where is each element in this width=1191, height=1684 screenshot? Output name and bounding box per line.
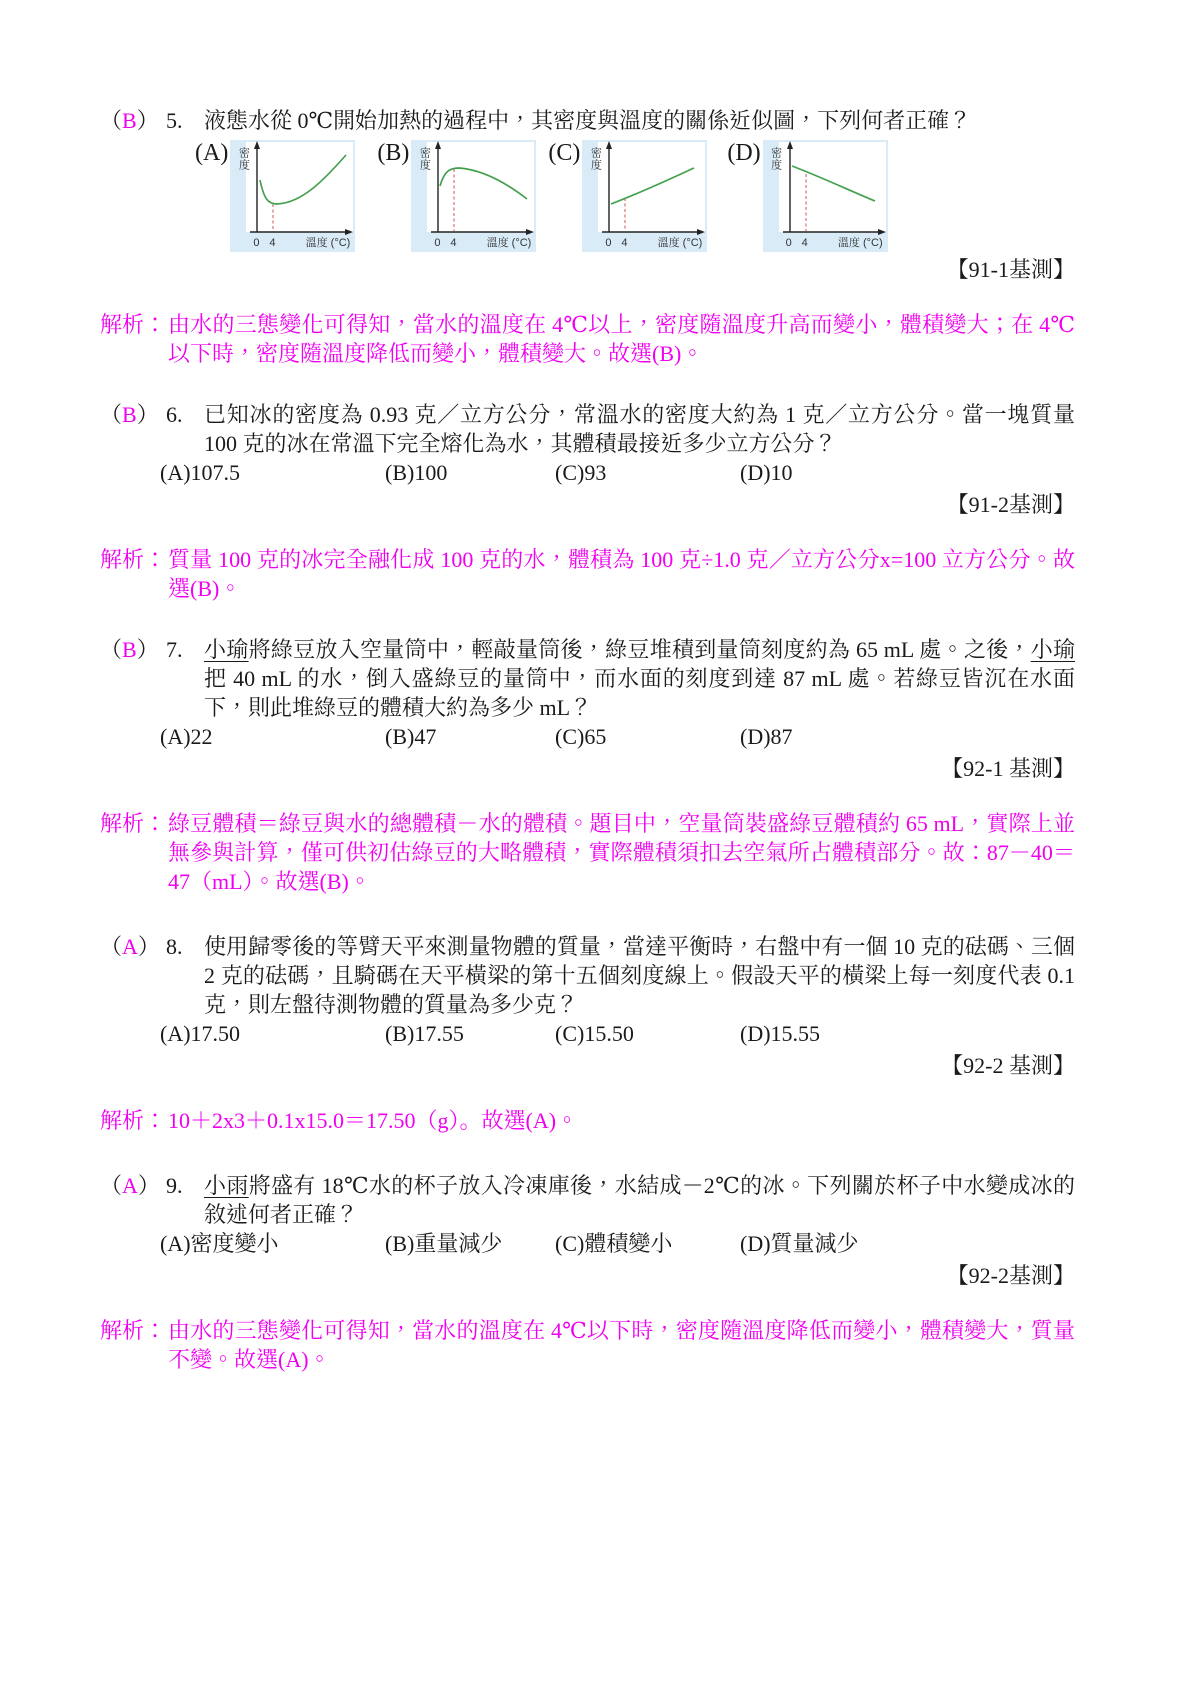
graph-option-letter: (C) [548, 140, 580, 166]
option-d: (D)15.55 [740, 1019, 1075, 1048]
graph-option-letter: (D) [727, 140, 760, 166]
student-name-underlined: 小瑜 [1031, 637, 1075, 662]
option-b: (B)47 [385, 722, 555, 751]
question-number: 7. [166, 635, 204, 664]
x-tick-4: 4 [802, 237, 808, 249]
analysis-label: 解析： [100, 310, 168, 368]
exam-source-tag: 【91-1基測】 [100, 255, 1075, 284]
question-number: 6. [166, 400, 204, 429]
question-number: 5. [166, 106, 204, 135]
option-d: (D)質量減少 [740, 1229, 1075, 1258]
exam-source-tag: 【92-2基測】 [100, 1261, 1075, 1290]
graph-panel: 密度 0 4 溫度 (°C) [411, 140, 536, 252]
graph-option-d: (D) 密度 0 4 溫度 (°C) [727, 140, 887, 252]
analysis-q5: 解析： 由水的三態變化可得知，當水的溫度在 4℃以上，密度隨溫度升高而變小，體積… [100, 310, 1075, 368]
paren-close: ） [137, 402, 159, 427]
analysis-q9: 解析： 由水的三態變化可得知，當水的溫度在 4℃以下時，密度隨溫度降低而變小，體… [100, 1316, 1075, 1374]
option-a: (A)密度變小 [160, 1229, 385, 1258]
question-6-stem: （B） 6. 已知冰的密度為 0.93 克／立方公分，常溫水的密度大約為 1 克… [100, 400, 1075, 458]
paren-close: ） [137, 108, 159, 133]
x-tick-4: 4 [621, 237, 627, 249]
y-axis-label: 密度 [589, 147, 601, 171]
question-text-part: 將盛有 18℃水的杯子放入冷凍庫後，水結成－2℃的冰。下列關於杯子中水變成冰的敘… [204, 1173, 1075, 1227]
x-tick-0: 0 [786, 237, 792, 249]
question-6: （B） 6. 已知冰的密度為 0.93 克／立方公分，常溫水的密度大約為 1 克… [100, 400, 1075, 519]
analysis-text: 10＋2x3＋0.1x15.0＝17.50（g）。故選(A)。 [168, 1106, 1075, 1135]
option-c: (C)15.50 [555, 1019, 740, 1048]
answer-letter: A [122, 1173, 138, 1198]
question-8: （A） 8. 使用歸零後的等臂天平來測量物體的質量，當達平衡時，右盤中有一個 1… [100, 932, 1075, 1080]
y-axis-label: 密度 [418, 147, 430, 171]
graph-option-c: (C) 密度 0 4 溫度 (°C) [548, 140, 707, 252]
options-row: (A)17.50 (B)17.55 (C)15.50 (D)15.55 [160, 1019, 1075, 1048]
analysis-label: 解析： [100, 809, 168, 896]
question-number: 9. [166, 1171, 204, 1200]
question-7-stem: （B） 7. 小瑜將綠豆放入空量筒中，輕敲量筒後，綠豆堆積到量筒刻度約為 65 … [100, 635, 1075, 722]
answer-letter: A [122, 934, 138, 959]
x-axis-label: 溫度 (°C) [658, 237, 703, 249]
question-8-stem: （A） 8. 使用歸零後的等臂天平來測量物體的質量，當達平衡時，右盤中有一個 1… [100, 932, 1075, 1019]
exam-page: （B） 5. 液態水從 0℃開始加熱的過程中，其密度與溫度的關係近似圖，下列何者… [0, 0, 1191, 1374]
question-text: 液態水從 0℃開始加熱的過程中，其密度與溫度的關係近似圖，下列何者正確？ [204, 106, 1075, 135]
x-tick-0: 0 [605, 237, 611, 249]
plot-area [427, 142, 534, 232]
x-tick-4: 4 [450, 237, 456, 249]
paren-open: （ [100, 108, 122, 133]
option-b: (B)重量減少 [385, 1229, 555, 1258]
option-c: (C)93 [555, 458, 740, 487]
exam-source-tag: 【92-2 基測】 [100, 1051, 1075, 1080]
option-d: (D)10 [740, 458, 1075, 487]
answer-letter: B [122, 402, 137, 427]
answer-mark: （B） [100, 106, 166, 135]
analysis-text: 由水的三態變化可得知，當水的溫度在 4℃以上，密度隨溫度升高而變小，體積變大；在… [168, 310, 1075, 368]
question-9: （A） 9. 小雨將盛有 18℃水的杯子放入冷凍庫後，水結成－2℃的冰。下列關於… [100, 1171, 1075, 1290]
question-text: 已知冰的密度為 0.93 克／立方公分，常溫水的密度大約為 1 克／立方公分。當… [204, 400, 1075, 458]
answer-letter: B [122, 108, 137, 133]
graph-panel: 密度 0 4 溫度 (°C) [763, 140, 888, 252]
paren-open: （ [100, 934, 122, 959]
analysis-text: 質量 100 克的冰完全融化成 100 克的水，體積為 100 克÷1.0 克／… [168, 545, 1075, 603]
y-axis-label: 密度 [237, 147, 249, 171]
option-c: (C)體積變小 [555, 1229, 740, 1258]
option-b: (B)100 [385, 458, 555, 487]
option-a: (A)22 [160, 722, 385, 751]
x-axis-label: 溫度 (°C) [487, 237, 532, 249]
analysis-q6: 解析： 質量 100 克的冰完全融化成 100 克的水，體積為 100 克÷1.… [100, 545, 1075, 603]
question-text: 使用歸零後的等臂天平來測量物體的質量，當達平衡時，右盤中有一個 10 克的砝碼、… [204, 932, 1075, 1019]
options-row: (A)密度變小 (B)重量減少 (C)體積變小 (D)質量減少 [160, 1229, 1075, 1258]
answer-mark: （A） [100, 1171, 166, 1200]
analysis-label: 解析： [100, 1106, 168, 1135]
paren-close: ） [137, 637, 159, 662]
graph-option-a: (A) 密度 0 4 溫度 (°C) [195, 140, 355, 252]
x-tick-0: 0 [434, 237, 440, 249]
option-a: (A)17.50 [160, 1019, 385, 1048]
graph-option-letter: (A) [195, 140, 228, 166]
options-row: (A)107.5 (B)100 (C)93 (D)10 [160, 458, 1075, 487]
exam-source-tag: 【91-2基測】 [100, 490, 1075, 519]
question-5-stem: （B） 5. 液態水從 0℃開始加熱的過程中，其密度與溫度的關係近似圖，下列何者… [100, 106, 1075, 135]
graph-panel: 密度 0 4 溫度 (°C) [582, 140, 707, 252]
answer-mark: （A） [100, 932, 166, 961]
question-5: （B） 5. 液態水從 0℃開始加熱的過程中，其密度與溫度的關係近似圖，下列何者… [100, 106, 1075, 284]
question-9-stem: （A） 9. 小雨將盛有 18℃水的杯子放入冷凍庫後，水結成－2℃的冰。下列關於… [100, 1171, 1075, 1229]
y-axis-label: 密度 [770, 147, 782, 171]
analysis-text: 由水的三態變化可得知，當水的溫度在 4℃以下時，密度隨溫度降低而變小，體積變大，… [168, 1316, 1075, 1374]
question-number: 8. [166, 932, 204, 961]
analysis-label: 解析： [100, 1316, 168, 1374]
option-d: (D)87 [740, 722, 1075, 751]
analysis-q8: 解析： 10＋2x3＋0.1x15.0＝17.50（g）。故選(A)。 [100, 1106, 1075, 1135]
question-text: 小瑜將綠豆放入空量筒中，輕敲量筒後，綠豆堆積到量筒刻度約為 65 mL 處。之後… [204, 635, 1075, 722]
answer-mark: （B） [100, 400, 166, 429]
paren-open: （ [100, 1173, 122, 1198]
question-text: 小雨將盛有 18℃水的杯子放入冷凍庫後，水結成－2℃的冰。下列關於杯子中水變成冰… [204, 1171, 1075, 1229]
answer-mark: （B） [100, 635, 166, 664]
paren-close: ） [138, 1173, 160, 1198]
student-name-underlined: 小雨 [204, 1173, 249, 1198]
question-text-part: 把 40 mL 的水，倒入盛綠豆的量筒中，而水面的刻度到達 87 mL 處。若綠… [204, 666, 1075, 720]
option-b: (B)17.55 [385, 1019, 555, 1048]
x-axis-label: 溫度 (°C) [306, 237, 351, 249]
paren-close: ） [138, 934, 160, 959]
graph-option-b: (B) 密度 0 4 溫度 (°C) [377, 140, 536, 252]
analysis-label: 解析： [100, 545, 168, 603]
option-a: (A)107.5 [160, 458, 385, 487]
student-name-underlined: 小瑜 [204, 637, 249, 662]
exam-source-tag: 【92-1 基測】 [100, 754, 1075, 783]
plot-area [779, 142, 886, 232]
x-tick-4: 4 [269, 237, 275, 249]
analysis-text: 綠豆體積＝綠豆與水的總體積－水的體積。題目中，空量筒裝盛綠豆體積約 65 mL，… [168, 809, 1075, 896]
x-tick-0: 0 [253, 237, 259, 249]
options-row: (A)22 (B)47 (C)65 (D)87 [160, 722, 1075, 751]
paren-open: （ [100, 637, 122, 662]
density-temperature-graph-options: (A) 密度 0 4 溫度 (°C) [195, 140, 1075, 252]
analysis-q7: 解析： 綠豆體積＝綠豆與水的總體積－水的體積。題目中，空量筒裝盛綠豆體積約 65… [100, 809, 1075, 896]
x-axis-label: 溫度 (°C) [838, 237, 883, 249]
option-c: (C)65 [555, 722, 740, 751]
question-7: （B） 7. 小瑜將綠豆放入空量筒中，輕敲量筒後，綠豆堆積到量筒刻度約為 65 … [100, 635, 1075, 783]
paren-open: （ [100, 402, 122, 427]
graph-option-letter: (B) [377, 140, 409, 166]
graph-panel: 密度 0 4 溫度 (°C) [230, 140, 355, 252]
question-text-part: 將綠豆放入空量筒中，輕敲量筒後，綠豆堆積到量筒刻度約為 65 mL 處。之後， [249, 637, 1031, 662]
answer-letter: B [122, 637, 137, 662]
